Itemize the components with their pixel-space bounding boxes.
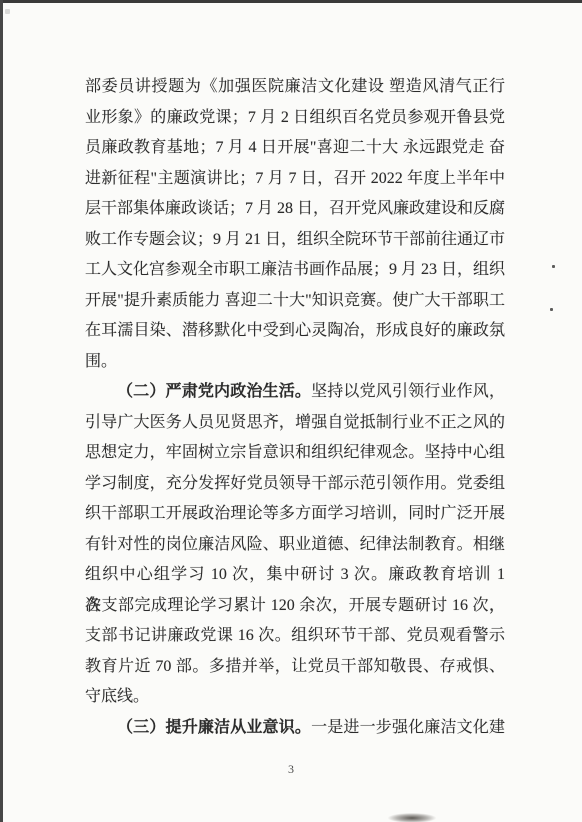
text-line: 员廉政教育基地；7 月 4 日开展"喜迎二十大 永远跟党走 奋 (85, 133, 505, 164)
text-line: 织干部职工开展政治理论等多方面学习培训，同时广泛开展 (85, 499, 505, 530)
body-text-segment: 坚持以党风引领行业作风， (311, 383, 505, 400)
section-heading-text: （二）严肃党内政治生活。 (117, 383, 311, 400)
text-line: 业形象》的廉政党课；7 月 2 日组织百名党员参观开鲁县党 (85, 103, 505, 134)
body-text-segment: 业形象》的廉政党课；7 月 2 日组织百名党员参观开鲁县党 (85, 109, 505, 126)
body-text-segment: 织干部职工开展政治理论等多方面学习培训，同时广泛开展 (85, 505, 505, 522)
body-text-segment: 思想定力，牢固树立宗旨意识和组织纪律观念。坚持中心组 (85, 444, 505, 461)
body-text-segment: 层干部集体廉政谈话；7 月 28 日，召开党风廉政建设和反腐 (85, 200, 505, 217)
body-text-segment: 败工作专题会议；9 月 21 日，组织全院环节干部前往通辽市 (85, 231, 505, 248)
body-text-segment: 部委员讲授题为《加强医院廉洁文化建设 塑造风清气正行 (85, 78, 505, 95)
text-line: 支部书记讲廉政党课 16 次。组织环节干部、党员观看警示 (85, 621, 505, 652)
body-text-segment: 工人文化宫参观全市职工廉洁书画作品展；9 月 23 日，组织 (85, 261, 505, 278)
scan-corner-mark (5, 9, 10, 14)
body-text-segment: 员廉政教育基地；7 月 4 日开展"喜迎二十大 永远跟党走 奋 (85, 139, 505, 156)
text-line: 思想定力，牢固树立宗旨意识和组织纪律观念。坚持中心组 (85, 438, 505, 469)
text-line: 守底线。 (85, 682, 505, 713)
body-text-segment: 一是进一步强化廉洁文化建 (311, 719, 505, 736)
text-line: 开展"提升素质能力 喜迎二十大"知识竞赛。使广大干部职工 (85, 286, 505, 317)
body-text-segment: 开展"提升素质能力 喜迎二十大"知识竞赛。使广大干部职工 (85, 292, 505, 309)
scan-speck (552, 265, 555, 268)
text-line: 组织中心组学习 10 次，集中研讨 3 次。廉政教育培训 1 次， (85, 560, 505, 591)
text-line: 围。 (85, 347, 505, 378)
text-line: 部委员讲授题为《加强医院廉洁文化建设 塑造风清气正行 (85, 72, 505, 103)
body-text-segment: 支部书记讲廉政党课 16 次。组织环节干部、党员观看警示 (85, 627, 505, 644)
body-text-segment: 围。 (85, 353, 117, 370)
text-line: 教育片近 70 部。多措并举，让党员干部知敬畏、存戒惧、 (85, 652, 505, 683)
body-text-segment: 进新征程"主题演讲比；7 月 7 日，召开 2022 年度上半年中 (85, 170, 505, 187)
text-line: 在耳濡目染、潜移默化中受到心灵陶冶，形成良好的廉政氛 (85, 316, 505, 347)
text-line: （三）提升廉洁从业意识。一是进一步强化廉洁文化建 (85, 713, 505, 744)
scan-smudge (388, 813, 436, 822)
text-line: 进新征程"主题演讲比；7 月 7 日，召开 2022 年度上半年中 (85, 164, 505, 195)
scan-edge-top (0, 0, 582, 3)
body-text-segment: 有针对性的岗位廉洁风险、职业道德、纪律法制教育。相继 (85, 536, 505, 553)
body-text-segment: 教育片近 70 部。多措并举，让党员干部知敬畏、存戒惧、 (85, 658, 505, 675)
body-text-segment: 引导广大医务人员见贤思齐，增强自觉抵制行业不正之风的 (85, 414, 505, 431)
body-text-segment: 在耳濡目染、潜移默化中受到心灵陶冶，形成良好的廉政氛 (85, 322, 505, 339)
text-line: 各支部完成理论学习累计 120 余次，开展专题研讨 16 次， (85, 591, 505, 622)
document-page: 部委员讲授题为《加强医院廉洁文化建设 塑造风清气正行业形象》的廉政党课；7 月 … (0, 0, 582, 822)
scan-speck (550, 308, 553, 311)
text-line: 工人文化宫参观全市职工廉洁书画作品展；9 月 23 日，组织 (85, 255, 505, 286)
body-text-segment: 守底线。 (85, 688, 149, 705)
section-heading-text: （三）提升廉洁从业意识。 (117, 719, 311, 736)
text-line: 败工作专题会议；9 月 21 日，组织全院环节干部前往通辽市 (85, 225, 505, 256)
body-text: 部委员讲授题为《加强医院廉洁文化建设 塑造风清气正行业形象》的廉政党课；7 月 … (85, 72, 505, 743)
text-line: 学习制度，充分发挥好党员领导干部示范引领作用。党委组 (85, 469, 505, 500)
text-line: 层干部集体廉政谈话；7 月 28 日，召开党风廉政建设和反腐 (85, 194, 505, 225)
text-line: 引导广大医务人员见贤思齐，增强自觉抵制行业不正之风的 (85, 408, 505, 439)
text-line: （二）严肃党内政治生活。坚持以党风引领行业作风， (85, 377, 505, 408)
scan-edge-left (0, 0, 3, 822)
page-number: 3 (0, 762, 582, 777)
body-text-segment: 各支部完成理论学习累计 120 余次，开展专题研讨 16 次， (85, 597, 505, 614)
text-line: 有针对性的岗位廉洁风险、职业道德、纪律法制教育。相继 (85, 530, 505, 561)
body-text-segment: 学习制度，充分发挥好党员领导干部示范引领作用。党委组 (85, 475, 505, 492)
